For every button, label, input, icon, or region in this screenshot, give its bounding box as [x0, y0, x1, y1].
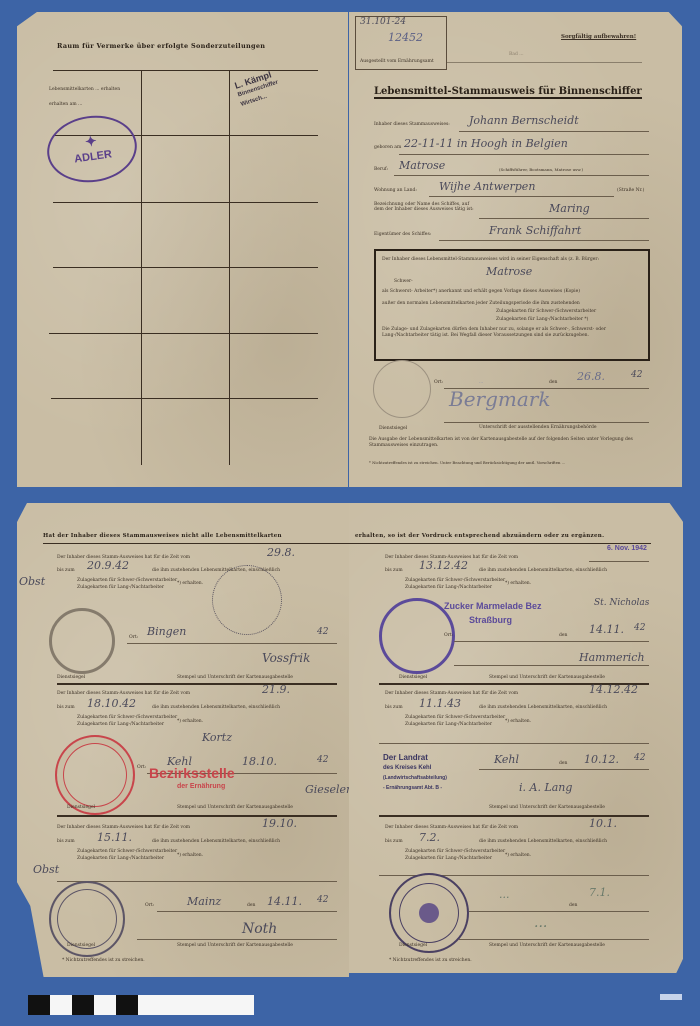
occupation-note: (Schiffsführer, Bootsmann, Matrose usw.): [499, 167, 583, 172]
entry-text: bis zum: [57, 839, 75, 844]
owner-value: Frank Schiffahrt: [489, 224, 581, 237]
to-date: 7.2.: [419, 831, 440, 844]
signature-label: Stempel und Unterschrift der Kartenausga…: [177, 805, 293, 810]
vessel-label: Bezeichnung oder Name des Schiffes, auf …: [374, 202, 474, 212]
place-value: Bingen: [147, 625, 186, 638]
entry-divider: [57, 683, 337, 685]
seal-label: Dienstsiegel: [67, 805, 95, 810]
entry-text: Zulagekarten für Schwer-/Schwerstarbeite…: [77, 715, 177, 720]
footnote: * Nichtzutreffendes ist zu streichen.: [389, 958, 472, 963]
to-date: 18.10.42: [87, 697, 136, 710]
scale-marker: [660, 994, 682, 1000]
birth-value: 22-11-11 in Hoogh in Belgien: [404, 137, 568, 150]
field-line: [469, 911, 649, 912]
seal-label: Dienstsiegel: [57, 675, 85, 680]
field-line: [429, 196, 614, 197]
signature: ...: [534, 915, 547, 931]
field-line: [137, 939, 337, 940]
registry-box: 31.101-24 12452 Ausgestellt vom Ernährun…: [355, 16, 447, 70]
year-value: 42: [317, 895, 328, 905]
from-date: 14.12.42: [589, 683, 638, 696]
box-text: Zulagekarten für Lang-/Nachtarbeiter *): [496, 317, 588, 322]
page-bottom-right: erhalten, so ist der Vordruck entspreche…: [349, 503, 683, 973]
entry-text: Zulagekarten für Lang-/Nachtarbeiter: [405, 722, 492, 727]
kampl-stamp: L. Kämpl Binnenschiffer Wirtsch...: [233, 68, 282, 110]
postmark-stamp: [212, 565, 282, 635]
grid-line: [53, 202, 318, 203]
seal-label: Dienstsiegel: [379, 426, 407, 431]
footnote: * Nichtzutreffendes ist zu streichen. Un…: [369, 460, 654, 465]
entry-text: *) erhalten.: [505, 581, 531, 586]
entry-text: bis zum: [385, 705, 403, 710]
date-value: 14.11.: [589, 623, 624, 636]
field-line: [439, 240, 649, 241]
entry-text: Zulagekarten für Schwer-/Schwerstarbeite…: [77, 578, 177, 583]
scale-segment-black: [116, 995, 138, 1015]
residence-note: (Straße Nr.): [617, 188, 644, 193]
entry-text: Zulagekarten für Lang-/Nachtarbeiter: [77, 856, 164, 861]
issuing-office-label: Ausgestellt vom Ernährungsamt: [360, 59, 434, 64]
scale-segment-white: [94, 995, 116, 1015]
date-label: den: [559, 633, 567, 638]
grid-line: [49, 333, 318, 334]
seal-label: Dienstsiegel: [67, 943, 95, 948]
margin-note: Obst: [33, 863, 59, 876]
field-line: [444, 422, 649, 423]
residence-value: Wijhe Antwerpen: [439, 180, 535, 193]
entry-text: Zulagekarten für Lang-/Nachtarbeiter: [77, 722, 164, 727]
page-top-left: Raum für Vermerke über erfolgte Sonderzu…: [17, 12, 348, 487]
date-stamp: 6. Nov. 1942: [607, 545, 647, 552]
registry-number: 12452: [388, 31, 423, 44]
stamp-line: - Ernährungsamt Abt. B -: [383, 783, 447, 793]
date-label: den: [559, 761, 567, 766]
document-title: Lebensmittel-Stammausweis für Binnenschi…: [374, 86, 642, 99]
field-line: [459, 131, 649, 132]
seal-label: Dienstsiegel: [399, 675, 427, 680]
year-value: 42: [634, 753, 645, 763]
year-value: 42: [631, 370, 642, 380]
vessel-value: Maring: [549, 202, 590, 215]
registry-number-top: 31.101-24: [360, 17, 406, 27]
box-text: außer den normalen Lebensmittelkarten je…: [382, 301, 580, 306]
entry-text: bis zum: [385, 568, 403, 573]
box-text: Schwer-: [394, 279, 413, 284]
entry-text: Zulagekarten für Lang-/Nachtarbeiter: [405, 856, 492, 861]
grid-line: [229, 70, 230, 465]
date-value: 18.10.: [242, 755, 277, 768]
date-label: den: [569, 903, 577, 908]
scale-segment-white: [50, 995, 72, 1015]
to-date: 13.12.42: [419, 559, 468, 572]
signature-label: Stempel und Unterschrift der Kartenausga…: [177, 675, 293, 680]
field-line: [454, 665, 649, 666]
place-value: Kehl: [494, 753, 519, 766]
signature-label: Unterschrift der ausstellenden Ernährung…: [479, 425, 597, 430]
date-value: 7.1.: [589, 886, 610, 899]
year-value: 42: [317, 627, 328, 637]
header-rule: [43, 543, 349, 544]
place-label: Ort:: [129, 635, 138, 640]
date-value: 10.12.: [584, 753, 619, 766]
keep-safe-notice: Sorgfältig aufbewahren!: [561, 34, 636, 40]
field-line: [379, 743, 649, 744]
signature: Gieseler: [305, 783, 351, 796]
footer-text: Die Ausgabe der Lebensmittelkarten ist v…: [369, 437, 654, 449]
page-bottom-left: Hat der Inhaber dieses Stammausweises ni…: [17, 503, 349, 977]
signature: Bergmark: [449, 387, 550, 411]
faint-text: Lebensmittelkarten ... erhalten: [49, 87, 120, 92]
seal-label: Dienstsiegel: [399, 943, 427, 948]
holder-label: Inhaber dieses Stammausweises:: [374, 122, 450, 127]
from-date: 29.8.: [267, 546, 295, 559]
place-label: Ort:: [145, 903, 154, 908]
entry-text: Der Inhaber dieses Stamm-Ausweises hat f…: [385, 825, 518, 830]
place-label: Ort:: [137, 765, 146, 770]
date-note: St. Nicholas: [594, 598, 649, 608]
stamp-line: des Kreises Kehl: [383, 763, 447, 773]
field-line: [454, 641, 649, 642]
entry-text: Zulagekarten für Schwer-/Schwerstarbeite…: [405, 715, 505, 720]
grid-line: [141, 70, 142, 465]
entry-text: Der Inhaber dieses Stamm-Ausweises hat f…: [57, 825, 190, 830]
header-rule: [349, 543, 651, 544]
box-text: als Schwerst- Arbeiter*) anerkannt und e…: [382, 289, 580, 294]
entry-text: Der Inhaber dieses Stamm-Ausweises hat f…: [57, 691, 190, 696]
footnote: * Nichtzutreffendes ist zu streichen.: [62, 958, 145, 963]
occupation-value: Matrose: [399, 159, 445, 172]
entry-text: Zulagekarten für Schwer-/Schwerstarbeite…: [77, 849, 177, 854]
stamp-line: Der Landrat: [383, 753, 447, 763]
entry-text: die ihm zustehenden Lebensmittelkarten, …: [479, 568, 607, 573]
entry-text: *) erhalten.: [177, 719, 203, 724]
signature-label: Stempel und Unterschrift der Kartenausga…: [177, 943, 293, 948]
page-header: Raum für Vermerke über erfolgte Sonderzu…: [57, 42, 265, 50]
scale-segment-black: [72, 995, 94, 1015]
field-line: [394, 175, 649, 176]
place-label: Ort:: [434, 380, 443, 385]
entry-text: Zulagekarten für Schwer-/Schwerstarbeite…: [405, 849, 505, 854]
field-line: [447, 62, 642, 63]
seal-emblem-icon: [419, 903, 439, 923]
to-date: 11.1.43: [419, 697, 461, 710]
field-line: [589, 561, 649, 562]
occupation-label: Beruf:: [374, 167, 388, 172]
entry-text: Zulagekarten für Lang-/Nachtarbeiter: [405, 585, 492, 590]
year-value: 42: [634, 623, 645, 633]
from-date: 19.10.: [262, 817, 297, 830]
grid-line: [51, 398, 318, 399]
place-value: ...: [479, 380, 483, 385]
field-line: [479, 769, 649, 770]
signature-label: Stempel und Unterschrift der Kartenausga…: [489, 943, 605, 948]
grid-line: [53, 70, 318, 71]
entry-text: die ihm zustehenden Lebensmittelkarten, …: [479, 705, 607, 710]
owner-label: Eigentümer des Schiffes:: [374, 232, 431, 237]
entry-text: bis zum: [57, 568, 75, 573]
initials: Kortz: [202, 731, 232, 744]
zucker-stamp-line-1: Zucker Marmelade Bez: [444, 601, 542, 611]
birth-label: geboren am: [374, 145, 401, 150]
box-occupation: Matrose: [486, 265, 532, 278]
date-label: den: [549, 380, 557, 385]
issuing-office-value: Bad ...: [509, 52, 524, 57]
to-date: 15.11.: [97, 831, 132, 844]
entry-text: *) erhalten.: [177, 581, 203, 586]
faded-seal: [373, 360, 431, 418]
date-value: 26.8.: [577, 370, 605, 383]
signature: Vossfrik: [262, 651, 310, 665]
field-line: [57, 881, 337, 882]
eagle-icon: ✦: [84, 134, 97, 148]
entry-text: *) erhalten.: [177, 853, 203, 858]
faint-text: erhalten am ...: [49, 102, 82, 107]
stamp-subtext: der Ernährung: [177, 783, 225, 790]
grid-line: [53, 267, 318, 268]
violet-round-seal: [389, 873, 469, 953]
field-line: [479, 218, 649, 219]
scale-segment-black: [28, 995, 50, 1015]
date-label: den: [247, 903, 255, 908]
residence-label: Wohnung an Land:: [374, 188, 417, 193]
field-line: [157, 911, 337, 912]
entry-text: die ihm zustehenden Lebensmittelkarten, …: [479, 839, 607, 844]
landrat-stamp: Der Landrat des Kreises Kehl (Landwirtsc…: [383, 753, 447, 793]
place-label: Ort:: [444, 633, 453, 638]
holder-value: Johann Bernscheidt: [469, 114, 579, 127]
field-line: [127, 643, 337, 644]
header-left: Hat der Inhaber dieses Stammausweises ni…: [43, 533, 282, 539]
to-date: 20.9.42: [87, 559, 129, 572]
stamp-label: ADLER: [74, 148, 113, 165]
box-text: Die Zulage- und Zulagekarten dürfen dem …: [382, 327, 640, 339]
signature: Hammerich: [579, 651, 645, 664]
zucker-stamp-line-2: Straßburg: [469, 615, 512, 625]
box-text: Zulagekarten für Schwer-/Schwerstarbeite…: [496, 309, 596, 314]
entry-text: *) erhalten.: [505, 853, 531, 858]
entry-text: Zulagekarten für Lang-/Nachtarbeiter: [77, 585, 164, 590]
entry-text: *) erhalten.: [505, 719, 531, 724]
from-date: 21.9.: [262, 683, 290, 696]
date-value: 14.11.: [267, 895, 302, 908]
place-value: Mainz: [187, 895, 221, 908]
entry-text: die ihm zustehenden Lebensmittelkarten, …: [152, 705, 280, 710]
entry-text: bis zum: [57, 705, 75, 710]
red-round-stamp: [55, 735, 135, 815]
signature: Noth: [242, 921, 277, 937]
adler-stamp: ✦ ADLER: [43, 110, 141, 188]
round-seal: [49, 608, 115, 674]
entry-text: Der Inhaber dieses Stamm-Ausweises hat f…: [385, 691, 518, 696]
entry-text: Zulagekarten für Schwer-/Schwerstarbeite…: [405, 578, 505, 583]
signature-label: Stempel und Unterschrift der Kartenausga…: [489, 805, 605, 810]
field-line: [459, 939, 649, 940]
qualification-box: Der Inhaber dieses Lebensmittel-Stammaus…: [374, 249, 650, 361]
header-right: erhalten, so ist der Vordruck entspreche…: [355, 533, 604, 539]
bezirksstelle-stamp: Bezirksstelle: [149, 765, 235, 781]
stamp-line: (Landwirtschaftsabteilung): [383, 773, 447, 783]
field-line: [399, 154, 649, 155]
entry-text: bis zum: [385, 839, 403, 844]
box-text: Der Inhaber dieses Lebensmittel-Stammaus…: [382, 257, 599, 262]
signature-label: Stempel und Unterschrift der Kartenausga…: [489, 675, 605, 680]
from-date: 10.1.: [589, 817, 617, 830]
margin-note: Obst: [19, 575, 45, 588]
scale-segment-white: [138, 995, 254, 1015]
signature: i. A. Lang: [519, 781, 572, 794]
year-value: 42: [317, 755, 328, 765]
place-value: ...: [499, 888, 510, 901]
entry-text: die ihm zustehenden Lebensmittelkarten, …: [152, 839, 280, 844]
page-top-right: 31.101-24 12452 Ausgestellt vom Ernährun…: [349, 12, 682, 487]
